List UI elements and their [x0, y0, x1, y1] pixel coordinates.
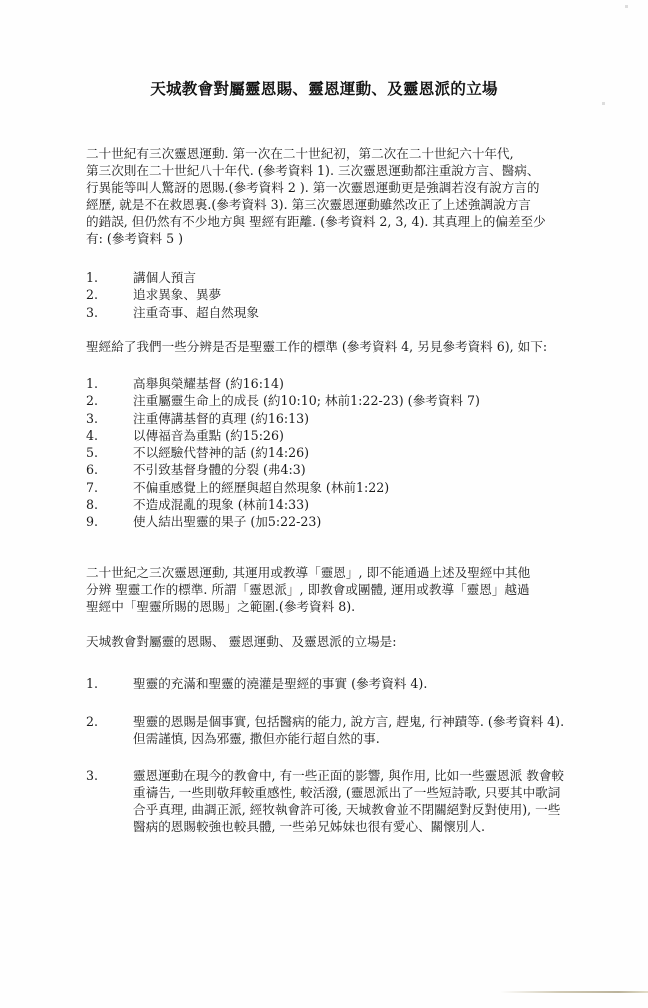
list-item: 2. 注重屬靈生命上的成長 (約10:10; 林前1:22-23) (參考資料 …: [86, 392, 566, 409]
list-text: 注重傳講基督的真理 (約16:13): [133, 410, 566, 427]
list-item: 1. 聖靈的充滿和聖靈的澆灌是聖經的事實 (參考資料 4).: [86, 675, 566, 692]
list-number: 1.: [86, 375, 133, 392]
list-item: 2. 聖靈的恩賜是個事實, 包括醫病的能力, 說方言, 趕鬼, 行神蹟等. (參…: [86, 713, 566, 747]
list-number: 6.: [86, 461, 133, 478]
list-text: 不以經驗代替神的話 (約14:26): [133, 444, 566, 461]
criteria-intro: 聖經給了我們一些分辨是否是聖靈工作的標準 (參考資料 4, 另見參考資料 6),…: [86, 338, 586, 355]
list-number: 2.: [86, 713, 133, 747]
list-text: 不造成混亂的現象 (林前14:33): [133, 496, 566, 513]
list-number: 2.: [86, 392, 133, 409]
document-title: 天城教會對屬靈恩賜、靈恩運動、及靈恩派的立場: [0, 77, 648, 99]
scan-edge-line: [500, 991, 648, 993]
list-item: 4. 以傳福音為重點 (約15:26): [86, 427, 566, 444]
criteria-list: 1. 高舉與榮耀基督 (約16:14) 2. 注重屬靈生命上的成長 (約10:1…: [86, 375, 566, 531]
intro-line: 的錯誤, 但仍然有不少地方與 聖經有距離. (參考資料 2, 3, 4). 其真…: [86, 213, 556, 230]
intro-line: 二十世紀有三次靈恩運動. 第一次在二十世紀初，第二次在二十世紀六十年代,: [86, 145, 556, 162]
list-number: 2.: [86, 286, 133, 303]
list-item: 5. 不以經驗代替神的話 (約14:26): [86, 444, 566, 461]
intro-line: 行異能等叫人驚訝的恩賜.(參考資料 2 ). 第一次靈恩運動更是強調若沒有說方言…: [86, 179, 556, 196]
list-text: 聖靈的恩賜是個事實, 包括醫病的能力, 說方言, 趕鬼, 行神蹟等. (參考資料…: [133, 713, 566, 747]
list-number: 8.: [86, 496, 133, 513]
list-item: 8. 不造成混亂的現象 (林前14:33): [86, 496, 566, 513]
list-text: 不引致基督身體的分裂 (弗4:3): [133, 461, 566, 478]
list-text: 聖靈的充滿和聖靈的澆灌是聖經的事實 (參考資料 4).: [133, 675, 566, 692]
list-text: 講個人預言: [133, 269, 566, 286]
list-item: 3. 靈恩運動在現今的教會中, 有一些正面的影響, 與作用, 比如一些靈恩派 教…: [86, 767, 566, 835]
deviations-list: 1. 講個人預言 2. 追求異象、異夢 3. 注重奇事、超自然現象: [86, 269, 566, 321]
definition-paragraph: 二十世紀之三次靈恩運動, 其運用或教導「靈恩」, 即不能通過上述及聖經中其他 分…: [86, 564, 576, 615]
list-item: 1. 高舉與榮耀基督 (約16:14): [86, 375, 566, 392]
definition-line: 聖經中「聖靈所賜的恩賜」之範圍.(參考資料 8).: [86, 598, 576, 615]
list-number: 7.: [86, 479, 133, 496]
list-item: 3. 注重傳講基督的真理 (約16:13): [86, 410, 566, 427]
list-text: 使人結出聖靈的果子 (加5:22-23): [133, 513, 566, 530]
list-number: 9.: [86, 513, 133, 530]
list-item: 7. 不偏重感覺上的經歷與超自然現象 (林前1:22): [86, 479, 566, 496]
intro-line: 第三次則在二十世紀八十年代. (參考資料 1). 三次靈恩運動都注重說方言、醫病…: [86, 162, 556, 179]
intro-paragraph: 二十世紀有三次靈恩運動. 第一次在二十世紀初，第二次在二十世紀六十年代, 第三次…: [86, 145, 556, 247]
list-number: 1.: [86, 675, 133, 692]
list-number: 5.: [86, 444, 133, 461]
list-number: 3.: [86, 767, 133, 835]
list-item: 3. 注重奇事、超自然現象: [86, 304, 566, 321]
scanned-document-page: 天城教會對屬靈恩賜、靈恩運動、及靈恩派的立場 二十世紀有三次靈恩運動. 第一次在…: [0, 0, 648, 1008]
list-text: 靈恩運動在現今的教會中, 有一些正面的影響, 與作用, 比如一些靈恩派 教會較重…: [133, 767, 566, 835]
list-text: 注重奇事、超自然現象: [133, 304, 566, 321]
list-number: 3.: [86, 410, 133, 427]
position-intro: 天城教會對屬靈的恩賜、 靈恩運動、及靈恩派的立場是:: [86, 633, 556, 650]
list-text: 不偏重感覺上的經歷與超自然現象 (林前1:22): [133, 479, 566, 496]
scan-speck: [625, 5, 628, 8]
list-item: 2. 追求異象、異夢: [86, 286, 566, 303]
intro-line: 有: (參考資料 5 ): [86, 230, 556, 247]
intro-line: 經歷, 就是不在救恩裏.(參考資料 3). 第三次靈恩運動雖然改正了上述強調說方…: [86, 196, 556, 213]
list-text: 注重屬靈生命上的成長 (約10:10; 林前1:22-23) (參考資料 7): [133, 392, 566, 409]
list-text: 追求異象、異夢: [133, 286, 566, 303]
list-number: 4.: [86, 427, 133, 444]
list-text: 以傳福音為重點 (約15:26): [133, 427, 566, 444]
list-number: 3.: [86, 304, 133, 321]
list-item: 6. 不引致基督身體的分裂 (弗4:3): [86, 461, 566, 478]
positions-list: 1. 聖靈的充滿和聖靈的澆灌是聖經的事實 (參考資料 4). 2. 聖靈的恩賜是…: [86, 675, 566, 849]
list-text: 高舉與榮耀基督 (約16:14): [133, 375, 566, 392]
definition-line: 二十世紀之三次靈恩運動, 其運用或教導「靈恩」, 即不能通過上述及聖經中其他: [86, 564, 576, 581]
list-number: 1.: [86, 269, 133, 286]
definition-line: 分辨 聖靈工作的標準. 所謂「靈恩派」, 即教會或團體, 運用或教導「靈恩」越過: [86, 581, 576, 598]
list-item: 9. 使人結出聖靈的果子 (加5:22-23): [86, 513, 566, 530]
list-item: 1. 講個人預言: [86, 269, 566, 286]
scan-speck: [602, 102, 605, 105]
